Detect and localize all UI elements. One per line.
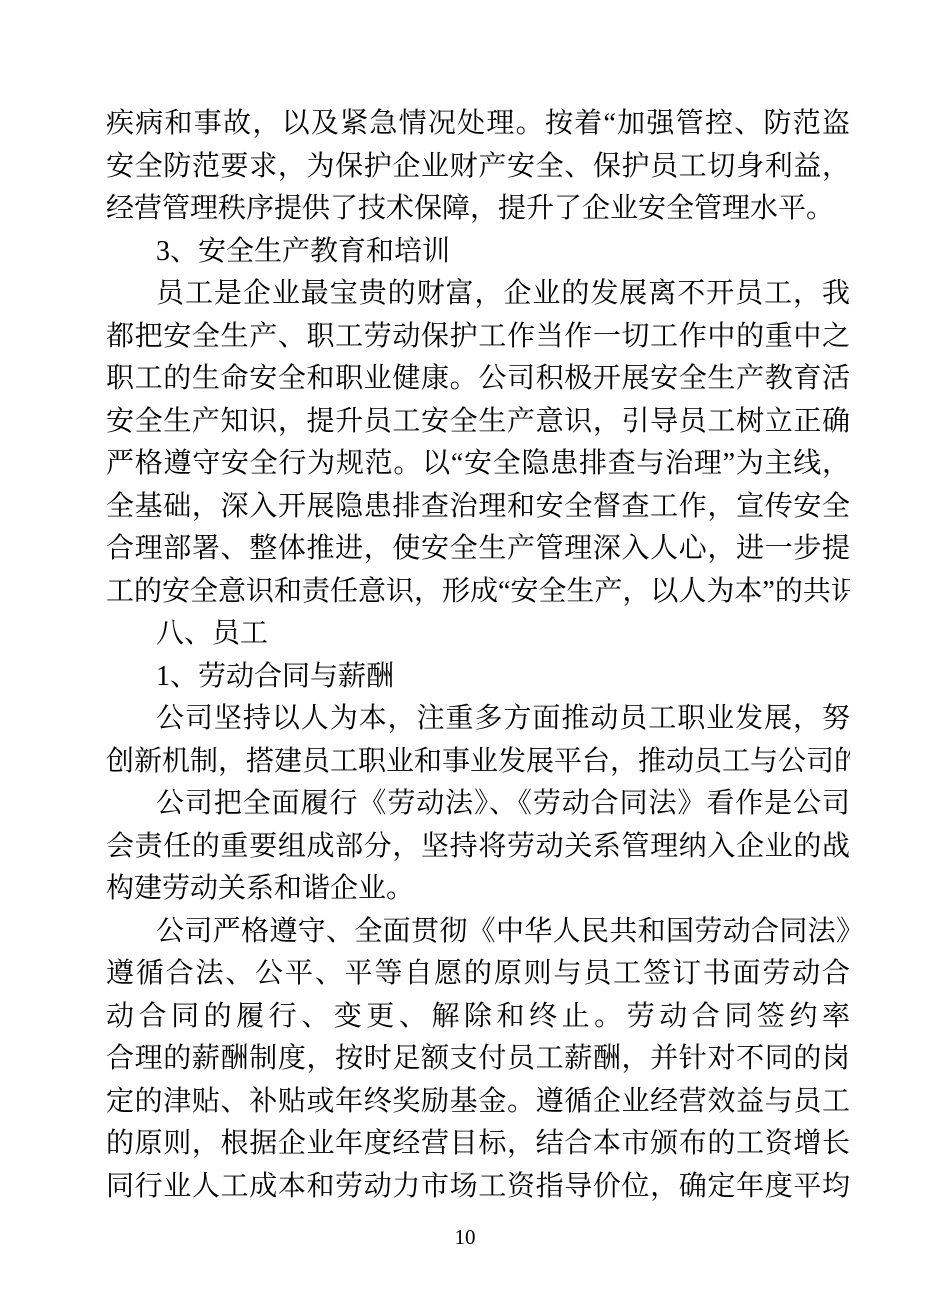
text-line: 1、劳动合同与薪酬 [106,656,850,699]
text-line: 都把安全生产、职工劳动保护工作当作一切工作中的重中之重，切实维护 [106,316,850,359]
document-page: 疾病和事故，以及紧急情况处理。按着“加强管控、防范盗窃、人车分离”安全防范要求，… [0,0,930,1316]
text-line: 3、安全生产教育和培训 [106,231,850,274]
text-line: 会责任的重要组成部分，坚持将劳动关系管理纳入企业的战略管理，着力 [106,826,850,869]
text-line: 安全防范要求，为保护企业财产安全、保护员工切身利益，维护企业正常 [106,146,850,189]
text-line: 八、员工 [106,613,850,656]
text-line: 遵循合法、公平、平等自愿的原则与员工签订书面劳动合同，依法进行劳 [106,953,850,996]
text-line: 全基础，深入开展隐患排查治理和安全督查工作，宣传安全生产方针政策， [106,486,850,529]
text-line: 同行业人工成本和劳动力市场工资指导价位，确定年度平均工资增长幅度。 [106,1166,850,1209]
text-line: 的原则，根据企业年度经营目标，结合本市颁布的工资增长指导线，比照 [106,1123,850,1166]
text-line: 职工的生命安全和职业健康。公司积极开展安全生产教育活动，广泛宣传 [106,358,850,401]
text-line: 合理部署、整体推进，使安全生产管理深入人心，进一步提高全体干部职 [106,528,850,571]
text-line: 动合同的履行、变更、解除和终止。劳动合同签约率 100%。公司制定公平 [106,996,850,1039]
text-line: 公司严格遵守、全面贯彻《中华人民共和国劳动合同法》等法律法规， [106,911,850,954]
text-line: 构建劳动关系和谐企业。 [106,868,850,911]
text-line: 合理的薪酬制度，按时足额支付员工薪酬，并针对不同的岗位性质提供一 [106,1038,850,1081]
text-line: 经营管理秩序提供了技术保障，提升了企业安全管理水平。 [106,188,850,231]
text-line: 安全生产知识，提升员工安全生产意识，引导员工树立正确的安全价值观， [106,401,850,444]
text-line: 创新机制，搭建员工职业和事业发展平台，推动员工与公司的共同发展。 [106,741,850,784]
text-line: 疾病和事故，以及紧急情况处理。按着“加强管控、防范盗窃、人车分离” [106,103,850,146]
text-line: 公司坚持以人为本，注重多方面推动员工职业发展，努力创造条件、 [106,698,850,741]
page-number: 10 [0,1222,930,1252]
text-line: 公司把全面履行《劳动法》、《劳动合同法》看作是公司全面履行社 [106,783,850,826]
text-line: 严格遵守安全行为规范。以“安全隐患排查与治理”为主线，不断夯实安 [106,443,850,486]
text-line: 员工是企业最宝贵的财富，企业的发展离不开员工，我公司一直以来 [106,273,850,316]
document-text-block: 疾病和事故，以及紧急情况处理。按着“加强管控、防范盗窃、人车分离”安全防范要求，… [106,103,850,1208]
text-line: 定的津贴、补贴或年终奖励基金。遵循企业经营效益与员工收入同步提升 [106,1081,850,1124]
text-line: 工的安全意识和责任意识，形成“安全生产，以人为本”的共识。 [106,571,850,614]
